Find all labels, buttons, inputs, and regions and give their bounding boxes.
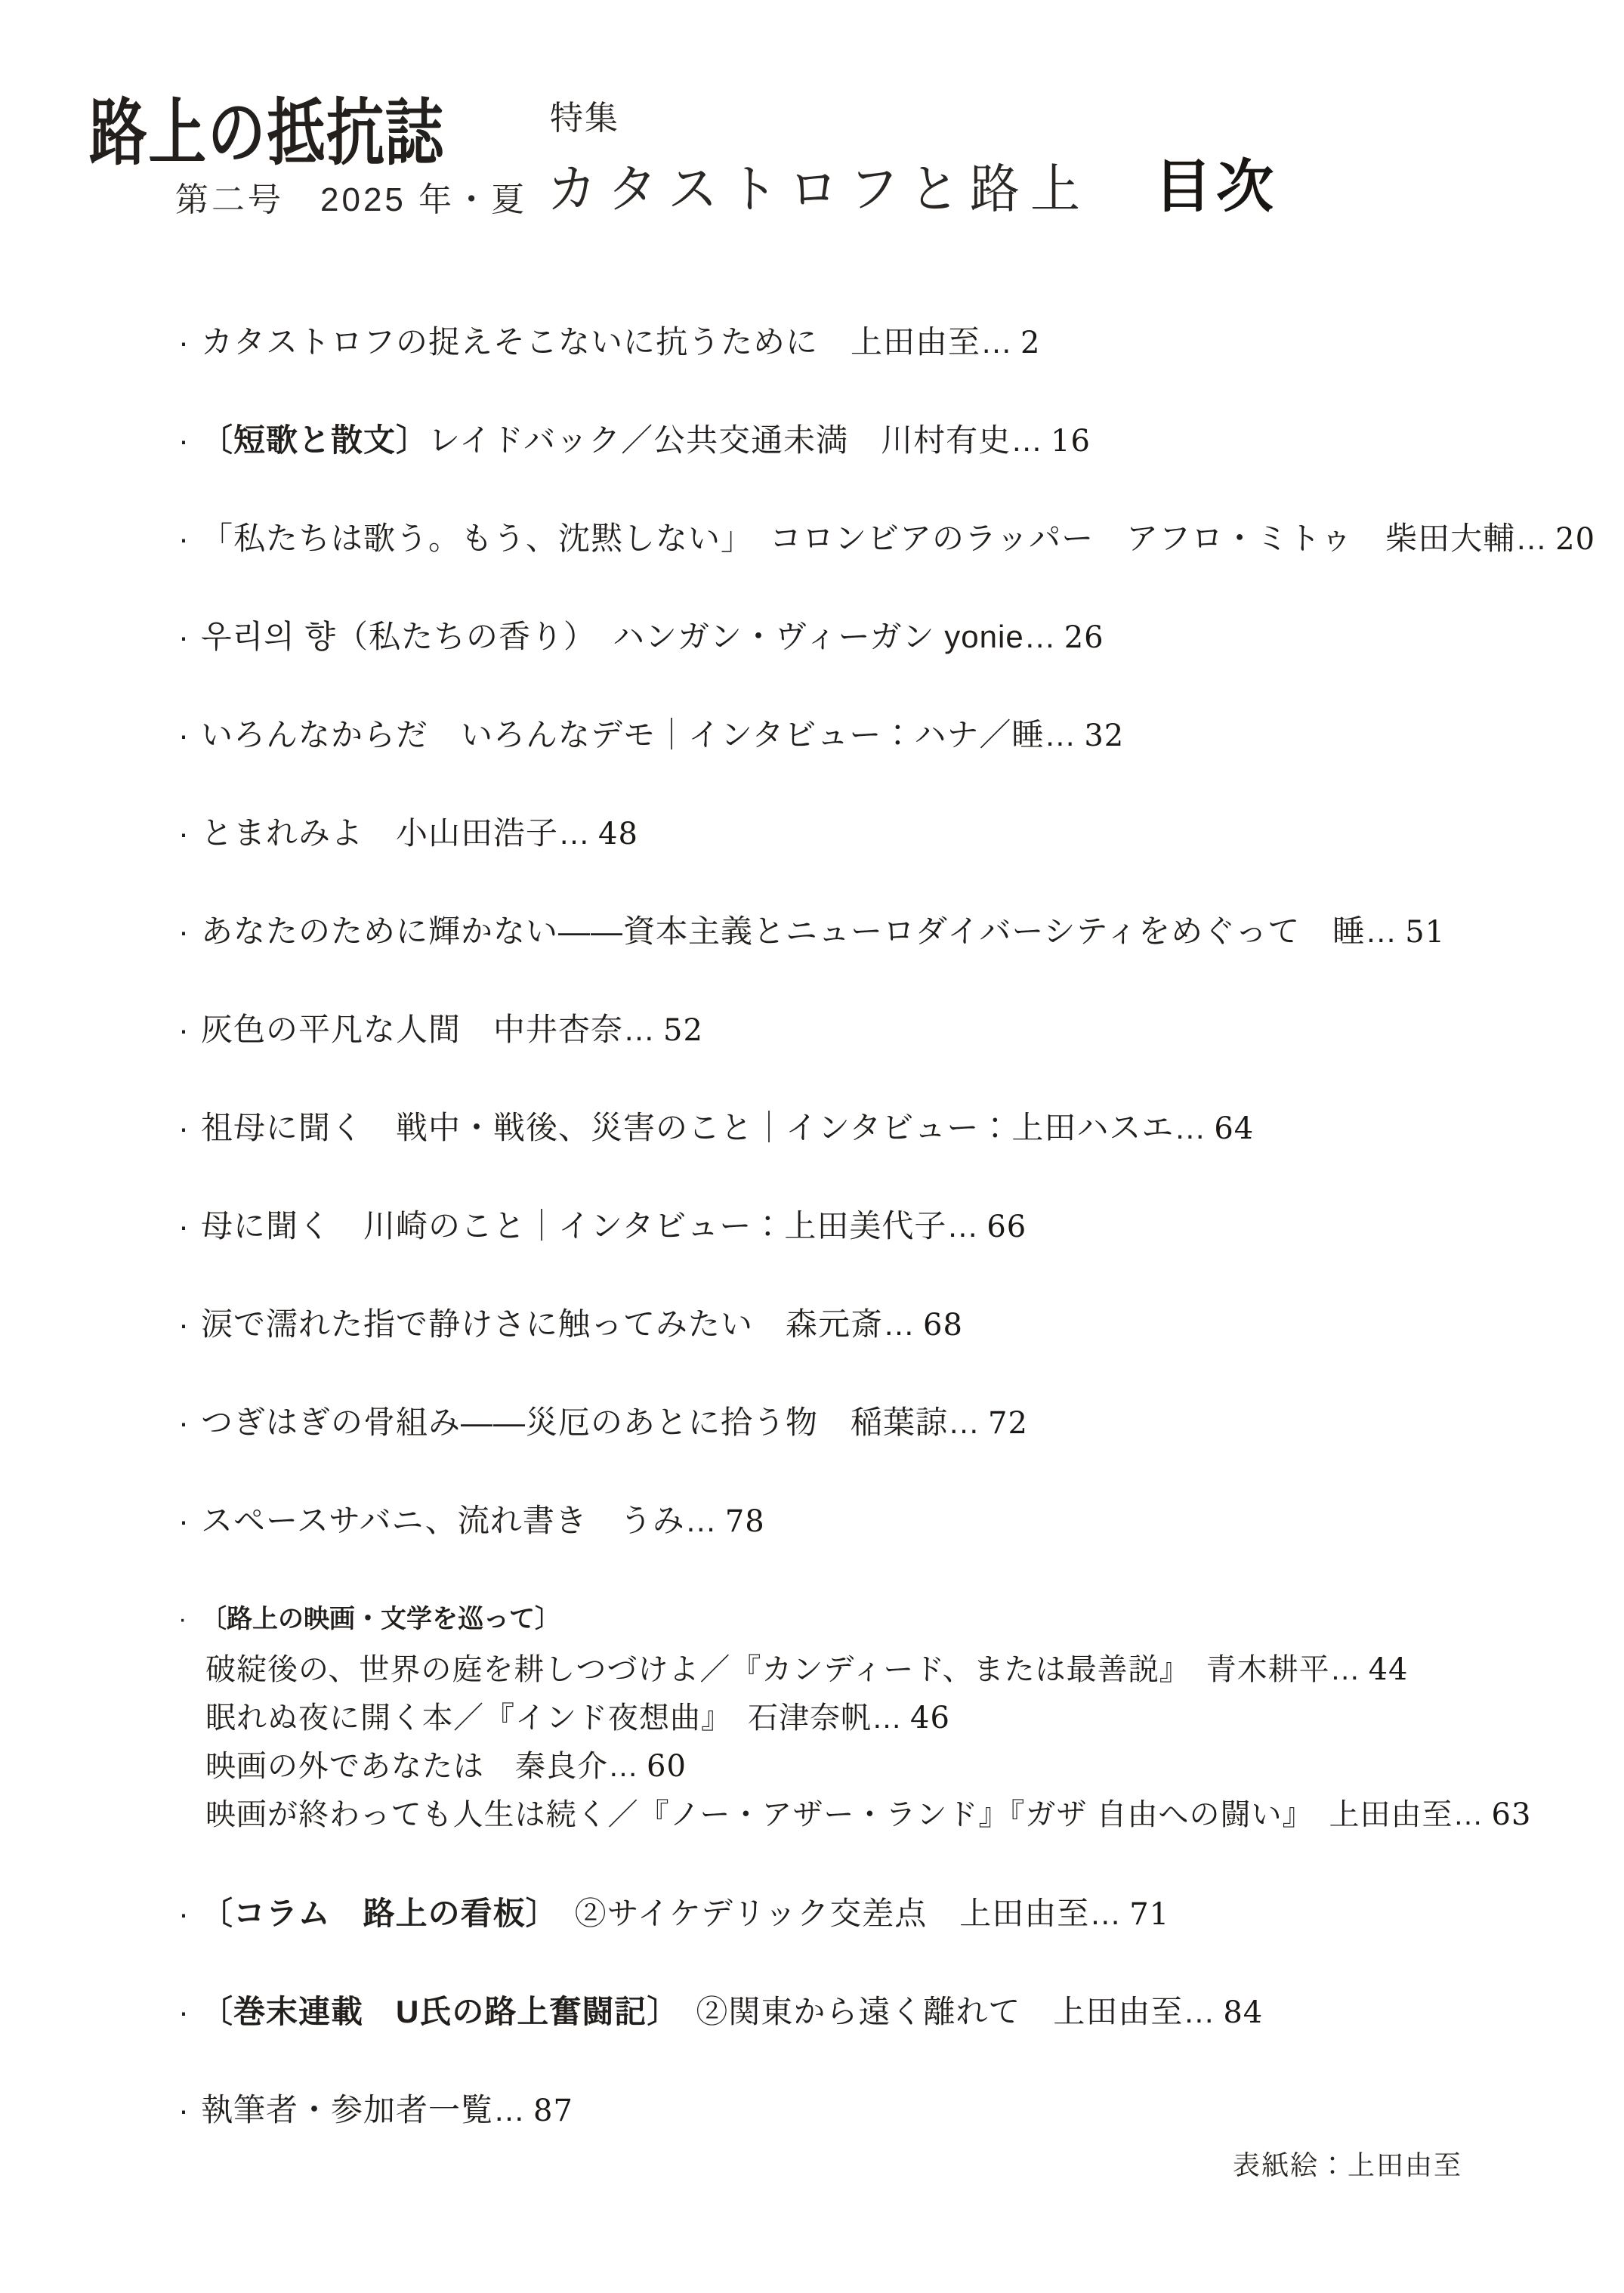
toc-item-label: 〔巻末連載 U氏の路上奮闘記〕 <box>201 1994 663 2029</box>
toc-item-page: 72 <box>988 1406 1028 1441</box>
toc-item: ·〔巻末連載 U氏の路上奮闘記〕 ②関東から遠く離れて 上田由至…84 <box>178 1996 1263 2028</box>
toc-item: ·涙で濡れた指で静けさに触ってみたい 森元斎…68 <box>178 1309 963 1340</box>
toc-item-page: 87 <box>533 2094 573 2128</box>
bullet-icon: · <box>178 1210 201 1242</box>
toc-item-text: 眠れぬ夜に開く本／『インド夜想曲』 石津奈帆… <box>205 1701 903 1735</box>
bullet-icon: · <box>178 621 201 653</box>
feature-title: カタストロフと路上 <box>547 147 1091 222</box>
toc-item-page: 44 <box>1369 1652 1409 1687</box>
toc-item-text: 執筆者・参加者一覧… <box>201 2092 526 2128</box>
toc-item-page: 71 <box>1129 1897 1169 1932</box>
bullet-icon: · <box>178 326 201 358</box>
toc-item: ·〔短歌と散文〕レイドバック／公共交通未満 川村有史…16 <box>178 425 1091 456</box>
toc-item-page: 52 <box>663 1013 703 1048</box>
toc-item: ·母に聞く 川崎のこと｜インタビュー：上田美代子…66 <box>178 1210 1027 1242</box>
toc-item-page: 68 <box>923 1308 963 1343</box>
toc-item-page: 48 <box>598 817 638 851</box>
toc-item-text: つぎはぎの骨組み――災厄のあとに拾う物 稲葉諒… <box>201 1405 980 1440</box>
toc-item-text: あなたのために輝かない――資本主義とニューロダイバーシティをめぐって 睡… <box>201 913 1397 949</box>
toc-item-text: 「私たちは歌う。もう、沈黙しない」 コロンビアのラッパー アフロ・ミトゥ 柴田大… <box>201 521 1548 556</box>
toc-item-text: 破綻後の、世界の庭を耕しつづけよ／『カンディード、または最善説』 青木耕平… <box>205 1653 1361 1686</box>
cover-credit: 表紙絵：上田由至 <box>1233 2144 1462 2183</box>
bullet-icon: · <box>178 2094 201 2126</box>
toc-item: ·つぎはぎの骨組み――災厄のあとに拾う物 稲葉諒…72 <box>178 1407 1028 1439</box>
toc-item-page: 2 <box>1020 326 1040 360</box>
toc-item-page: 32 <box>1084 718 1124 753</box>
toc-item-page: 46 <box>910 1701 950 1735</box>
toc-item: ·「私たちは歌う。もう、沈黙しない」 コロンビアのラッパー アフロ・ミトゥ 柴田… <box>178 523 1595 555</box>
bullet-icon: · <box>178 1112 201 1144</box>
bullet-icon: · <box>178 1505 201 1537</box>
toc-subitem: 映画の外であなたは 秦良介…60 <box>205 1751 687 1782</box>
toc-item: ·カタストロフの捉えそこないに抗うために 上田由至…2 <box>178 326 1040 358</box>
toc-item-label: 〔短歌と散文〕 <box>201 422 428 458</box>
toc-item: ·執筆者・参加者一覧…87 <box>178 2094 573 2126</box>
bullet-icon: · <box>178 1407 201 1439</box>
toc-item-text: ②サイケデリック交差点 上田由至… <box>542 1896 1122 1931</box>
bullet-icon: · <box>178 425 201 456</box>
toc-item: ·いろんなからだ いろんなデモ｜インタビュー：ハナ／睡…32 <box>178 719 1124 751</box>
toc-section-header: ·〔路上の映画・文学を巡って〕 <box>178 1606 560 1632</box>
toc-item-page: 51 <box>1405 915 1445 950</box>
toc-page: 路上の抵抗誌 第二号 2025 年・夏 特集 カタストロフと路上 目次 ·カタス… <box>0 0 1624 2293</box>
toc-subitem: 眠れぬ夜に開く本／『インド夜想曲』 石津奈帆…46 <box>205 1703 950 1733</box>
toc-item: ·〔コラム 路上の看板〕 ②サイケデリック交差点 上田由至…71 <box>178 1898 1169 1930</box>
bullet-icon: · <box>178 1898 201 1930</box>
bullet-icon: · <box>178 1996 201 2028</box>
toc-item: ·とまれみよ 小山田浩子…48 <box>178 817 638 849</box>
toc-item-text: レイドバック／公共交通未満 川村有史… <box>428 422 1043 458</box>
toc-item-label: 〔コラム 路上の看板〕 <box>201 1896 542 1931</box>
toc-item-text: 映画の外であなたは 秦良介… <box>205 1750 639 1783</box>
toc-item-text: ②関東から遠く離れて 上田由至… <box>663 1994 1215 2029</box>
toc-item-text: 祖母に聞く 戦中・戦後、災害のこと｜インタビュー：上田ハスエ… <box>201 1110 1206 1145</box>
bullet-icon: · <box>178 719 201 751</box>
bullet-icon: · <box>178 817 201 849</box>
bullet-icon: · <box>178 1309 201 1340</box>
toc-item-page: 64 <box>1214 1111 1254 1146</box>
toc-item: ·우리의 향（私たちの香り） ハンガン・ヴィーガン yonie…26 <box>178 621 1104 653</box>
feature-label: 特集 <box>550 91 619 139</box>
toc-item-text: とまれみよ 小山田浩子… <box>201 815 591 851</box>
toc-section-label: 〔路上の映画・文学を巡って〕 <box>201 1605 560 1633</box>
toc-item-page: 26 <box>1064 620 1104 655</box>
toc-item-text: 灰色の平凡な人間 中井杏奈… <box>201 1012 656 1047</box>
toc-item-page: 16 <box>1051 424 1091 459</box>
toc-item-page: 78 <box>725 1504 765 1539</box>
toc-subitem: 映画が終わっても人生は続く／『ノー・アザー・ランド』『ガザ 自由への闘い』 上田… <box>205 1800 1531 1830</box>
toc-item-page: 20 <box>1555 522 1595 557</box>
toc-item-text: いろんなからだ いろんなデモ｜インタビュー：ハナ／睡… <box>201 717 1076 752</box>
toc-item: ·あなたのために輝かない――資本主義とニューロダイバーシティをめぐって 睡…51 <box>178 916 1445 947</box>
toc-item: ·灰色の平凡な人間 中井杏奈…52 <box>178 1014 703 1046</box>
toc-item-text: 母に聞く 川崎のこと｜インタビュー：上田美代子… <box>201 1208 979 1244</box>
magazine-logo: 路上の抵抗誌 <box>89 76 444 179</box>
toc-subitem: 破綻後の、世界の庭を耕しつづけよ／『カンディード、または最善説』 青木耕平…44 <box>205 1655 1409 1685</box>
toc-item-text: 映画が終わっても人生は続く／『ノー・アザー・ランド』『ガザ 自由への闘い』 上田… <box>205 1798 1484 1831</box>
toc-item-text: カタストロフの捉えそこないに抗うために 上田由至… <box>201 324 1013 360</box>
issue-label: 第二号 2025 年・夏 <box>175 172 527 221</box>
bullet-icon: · <box>178 1606 201 1632</box>
toc-item: ·スペースサバニ、流れ書き うみ…78 <box>178 1505 765 1537</box>
toc-item-page: 63 <box>1492 1797 1532 1832</box>
toc-item-page: 66 <box>986 1210 1027 1244</box>
bullet-icon: · <box>178 1014 201 1046</box>
toc-item-text: 涙で濡れた指で静けさに触ってみたい 森元斎… <box>201 1306 915 1342</box>
toc-item: ·祖母に聞く 戦中・戦後、災害のこと｜インタビュー：上田ハスエ…64 <box>178 1112 1254 1144</box>
bullet-icon: · <box>178 916 201 947</box>
toc-item-page: 84 <box>1223 1995 1263 2030</box>
toc-item-text: スペースサバニ、流れ書き うみ… <box>201 1503 718 1538</box>
bullet-icon: · <box>178 523 201 555</box>
toc-item-page: 60 <box>647 1749 687 1784</box>
toc-item-text: 우리의 향（私たちの香り） ハンガン・ヴィーガン yonie… <box>201 619 1057 654</box>
contents-title: 目次 <box>1154 141 1278 223</box>
